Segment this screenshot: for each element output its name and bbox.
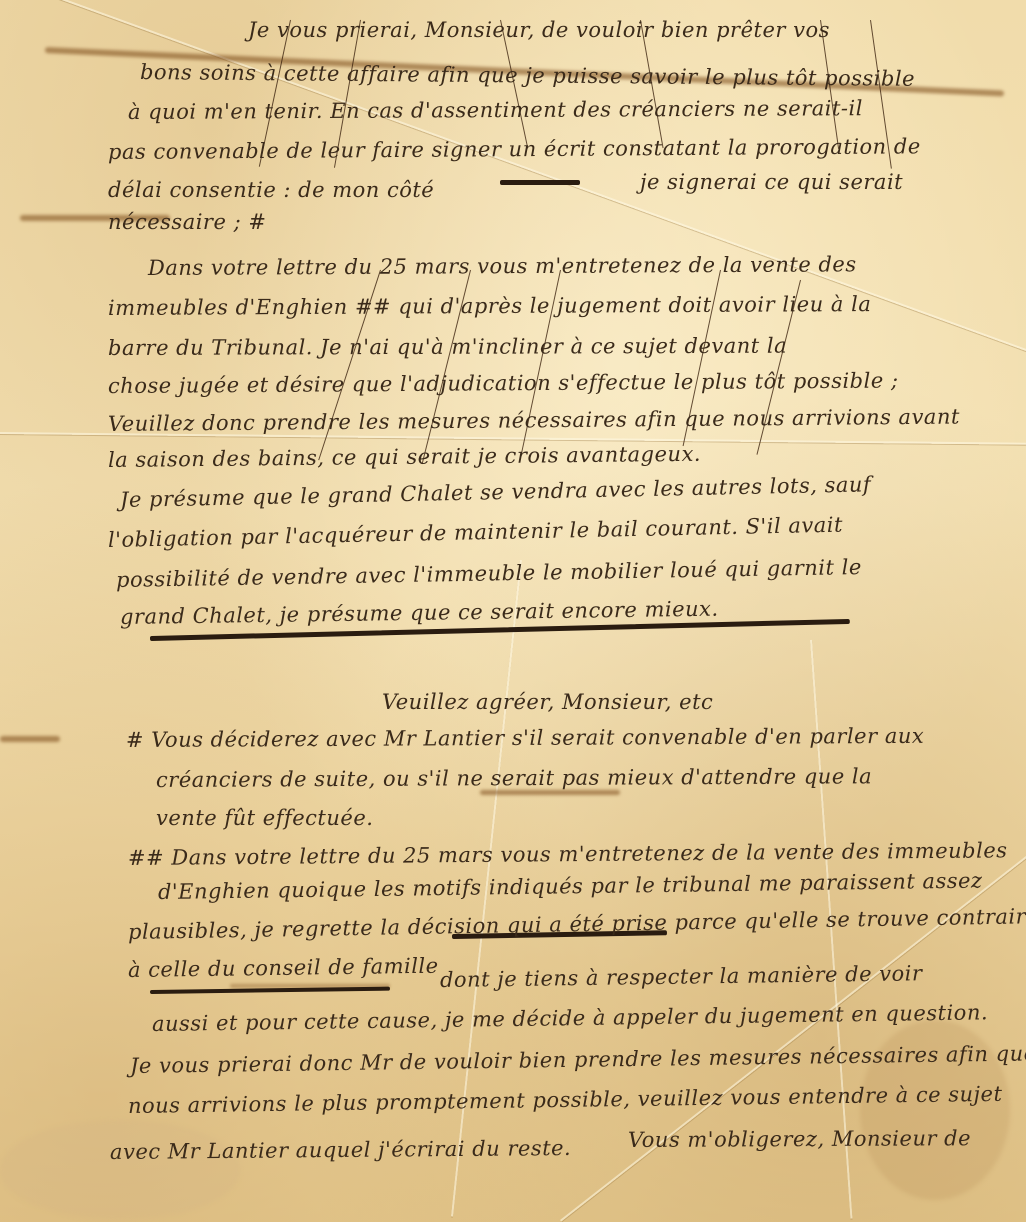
rust-stain [480,790,620,795]
handwritten-line: nécessaire ; # [108,210,266,234]
handwritten-line: Dans votre lettre du 25 mars vous m'entr… [148,252,857,280]
handwritten-line: plausibles, je regrette la décision qui … [128,904,1026,944]
handwritten-line: chose jugée et désire que l'adjudication… [108,368,899,398]
handwritten-line: avec Mr Lantier auquel j'écrirai du rest… [110,1136,571,1164]
age-spot [0,1120,240,1220]
strikethrough-mark [150,987,390,994]
handwritten-line: pas convenable de leur faire signer un é… [108,134,921,164]
handwritten-line: délai consentie : de mon côté [108,178,434,202]
strikethrough-mark [500,180,580,185]
handwritten-line: Je vous prierai, Monsieur, de vouloir bi… [248,18,830,42]
handwritten-line: aussi et pour cette cause, je me décide … [152,1000,988,1036]
handwritten-line: immeubles d'Enghien ## qui d'après le ju… [108,292,871,320]
manuscript-page: Je vous prierai, Monsieur, de vouloir bi… [0,0,1026,1222]
handwritten-line: créanciers de suite, ou s'il ne serait p… [156,764,872,792]
handwritten-line: je signerai ce qui serait [640,170,903,194]
handwritten-line: bons soins à cette affaire afin que je p… [140,60,915,91]
handwritten-line: possibilité de vendre avec l'immeuble le… [116,555,862,592]
handwritten-line: Je présume que le grand Chalet se vendra… [120,472,872,512]
handwritten-line: la saison des bains, ce qui serait je cr… [108,442,701,472]
handwritten-line: Veuillez agréer, Monsieur, etc [382,690,713,714]
handwritten-line: ## Dans votre lettre du 25 mars vous m'e… [128,838,1008,870]
handwritten-line: # Vous déciderez avec Mr Lantier s'il se… [126,724,924,752]
handwritten-line: à celle du conseil de famille [128,954,439,982]
handwritten-line: Vous m'obligerez, Monsieur de [628,1126,971,1152]
handwritten-line: Veuillez donc prendre les mesures nécess… [108,405,960,436]
handwritten-line: d'Enghien quoique les motifs indiqués pa… [158,868,983,904]
handwritten-line: vente fût effectuée. [156,806,373,830]
handwritten-line: à quoi m'en tenir. En cas d'assentiment … [128,96,863,124]
rust-stain [0,736,60,742]
handwritten-line: l'obligation par l'acquéreur de mainteni… [108,513,843,552]
handwritten-line: barre du Tribunal. Je n'ai qu'à m'inclin… [108,334,787,360]
handwritten-line: dont je tiens à respecter la manière de … [440,961,923,992]
